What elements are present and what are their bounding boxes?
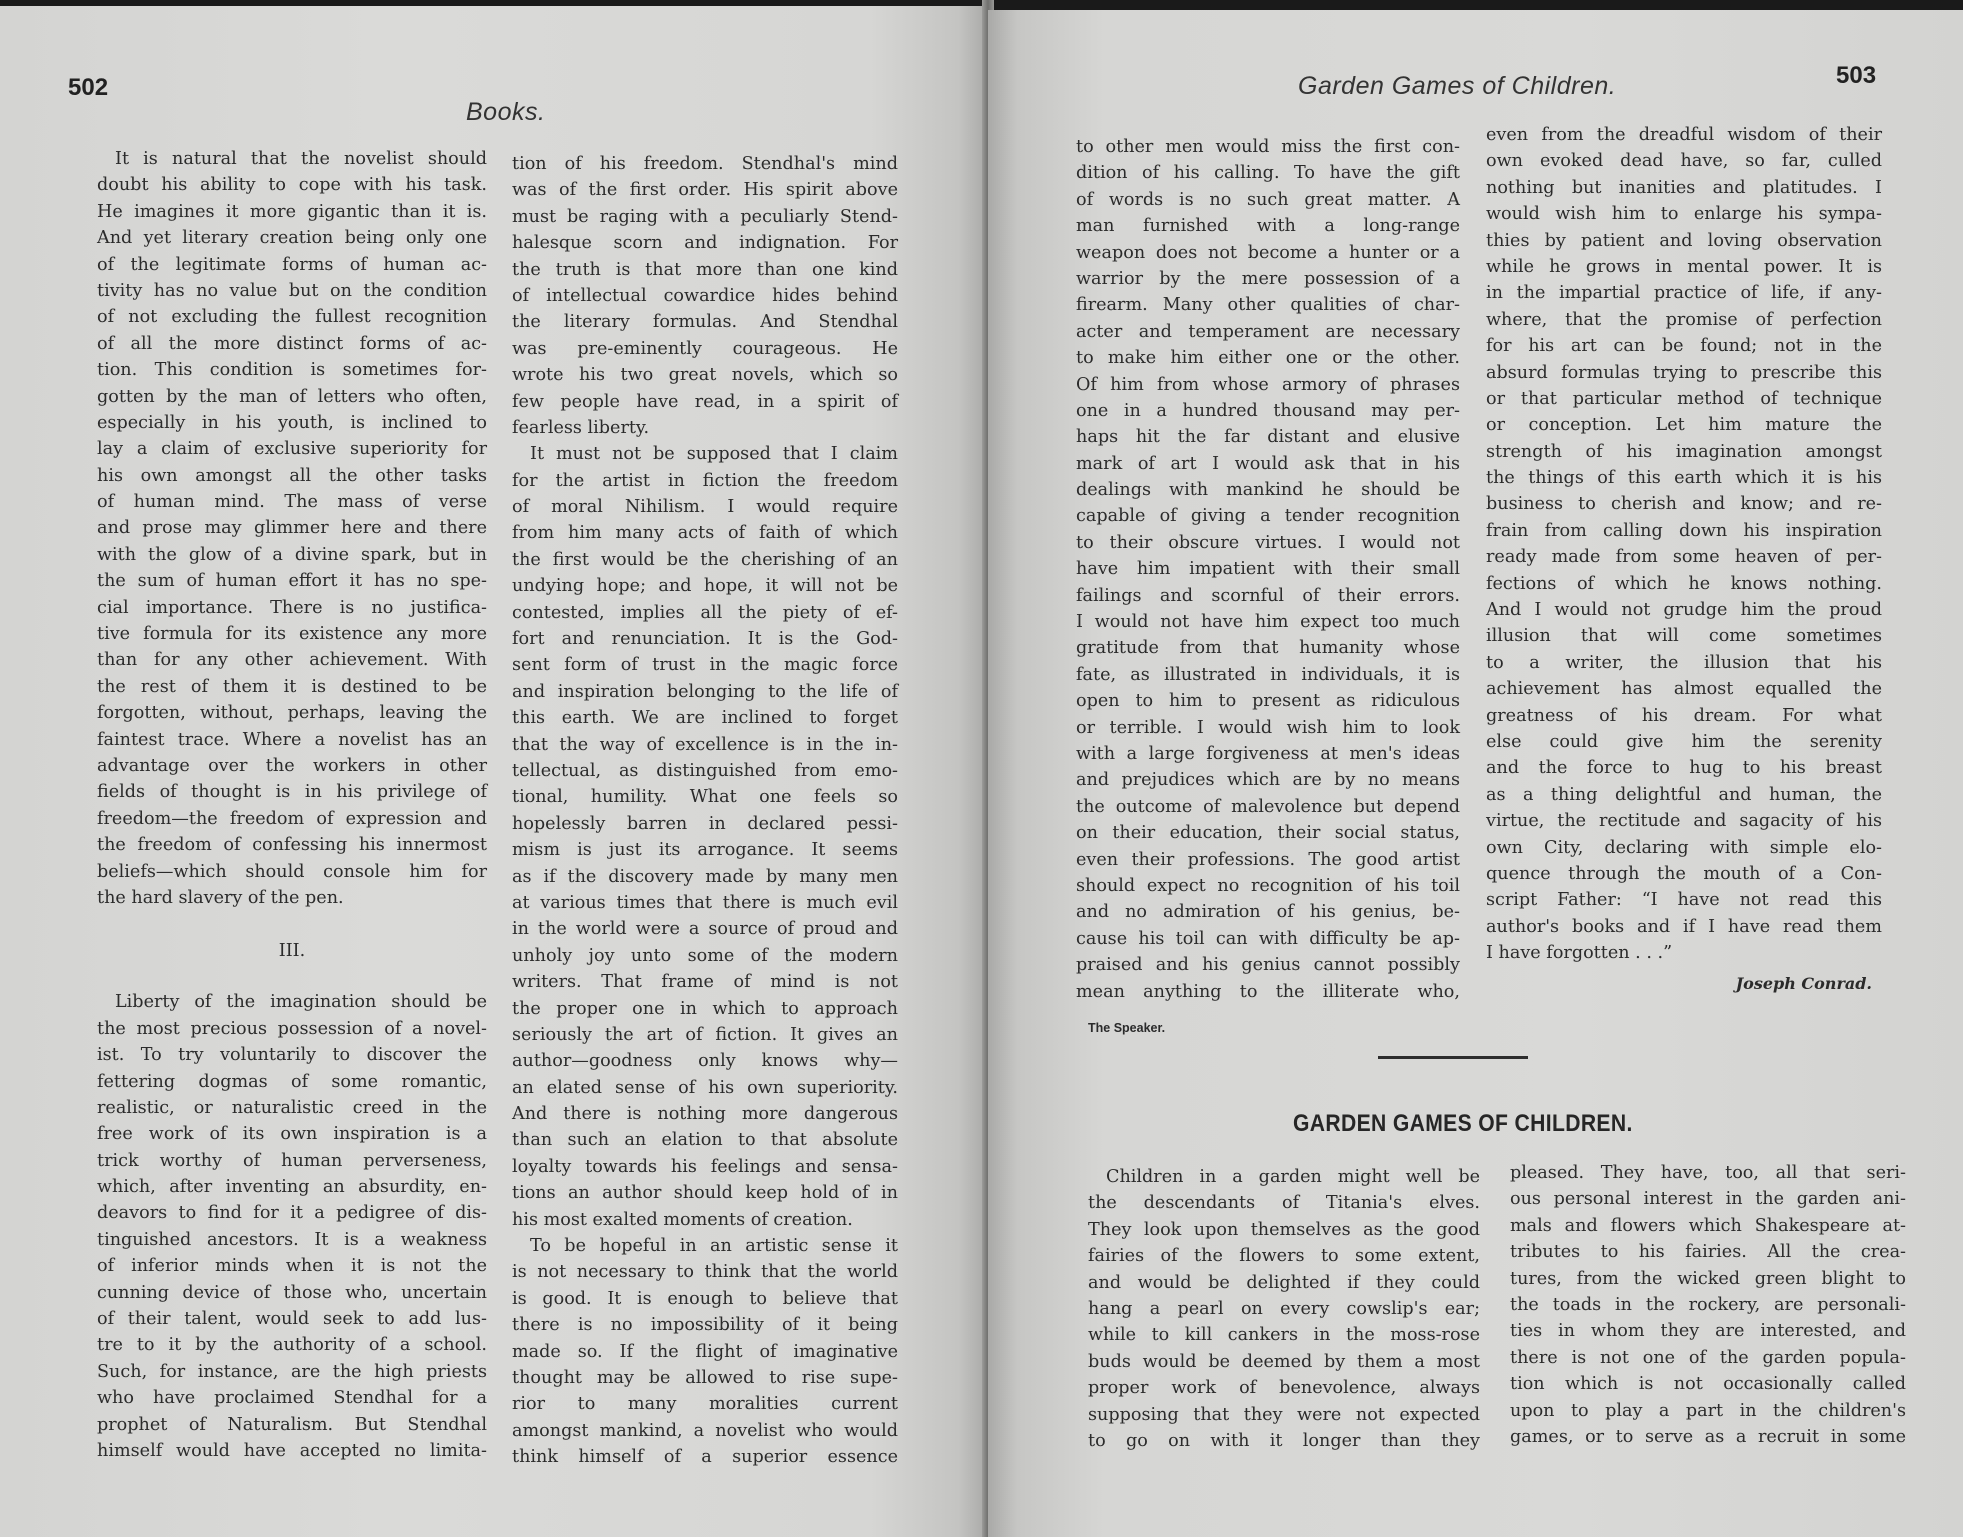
- text-line: the descendants of Titania's elves.: [1088, 1190, 1480, 1216]
- text-line: hopelessly barren in declared pessi-: [512, 811, 898, 837]
- text-line: fate, as illustrated in individuals, it …: [1076, 662, 1460, 688]
- text-line: business to cherish and know; and re-: [1486, 491, 1882, 517]
- text-line: at various times that there is much evil: [512, 890, 898, 916]
- text-line: mark of art I would ask that in his: [1076, 451, 1460, 477]
- text-line: fairies of the flowers to some extent,: [1088, 1243, 1480, 1269]
- text-line: tre to it by the authority of a school.: [97, 1332, 487, 1358]
- running-head: Books.: [466, 98, 545, 127]
- text-line: They look upon themselves as the good: [1088, 1217, 1480, 1243]
- text-line: tellectual, as distinguished from emo-: [512, 758, 898, 784]
- text-line: script Father: “I have not read this: [1486, 887, 1882, 913]
- text-line: unholy joy unto some of the modern: [512, 943, 898, 969]
- text-line: even their professions. The good artist: [1076, 847, 1460, 873]
- text-line: open to him to present as ridiculous: [1076, 688, 1460, 714]
- text-line: made so. If the flight of imaginative: [512, 1339, 898, 1365]
- right-page-column-1: to other men would miss the first con-di…: [1076, 134, 1460, 1041]
- text-line: than for any other achievement. With: [97, 647, 487, 673]
- text-line: writers. That frame of mind is not: [512, 969, 898, 995]
- text-line: haps hit the far distant and elusive: [1076, 424, 1460, 450]
- text-line: to make him either one or the other.: [1076, 345, 1460, 371]
- text-line: the sum of human effort it has no spe-: [97, 568, 487, 594]
- text-line: It must not be supposed that I claim: [512, 441, 898, 467]
- text-line: greatness of his dream. For what: [1486, 703, 1882, 729]
- text-line: fort and renunciation. It is the God-: [512, 626, 898, 652]
- text-line: upon to play a part in the children's: [1510, 1398, 1906, 1424]
- text-line: rior to many moralities current: [512, 1391, 898, 1417]
- text-line: is not necessary to think that the world: [512, 1259, 898, 1285]
- text-line: in the world were a source of proud and: [512, 916, 898, 942]
- text-line: that the way of excellence is in the in-: [512, 732, 898, 758]
- text-line: And yet literary creation being only one: [97, 225, 487, 251]
- article-divider: [1378, 1056, 1528, 1059]
- text-line: contested, implies all the piety of ef-: [512, 600, 898, 626]
- text-line: the most precious possession of a novel-: [97, 1016, 487, 1042]
- text-line: of the legitimate forms of human ac-: [97, 252, 487, 278]
- text-line: think himself of a superior essence: [512, 1444, 898, 1470]
- text-line: pleased. They have, too, all that seri-: [1510, 1160, 1906, 1186]
- text-line: weapon does not become a hunter or a: [1076, 240, 1460, 266]
- text-line: there is not one of the garden popula-: [1510, 1345, 1906, 1371]
- text-line: of inferior minds when it is not the: [97, 1253, 487, 1279]
- text-line: the freedom of confessing his innermost: [97, 832, 487, 858]
- running-head: Garden Games of Children.: [1298, 72, 1616, 101]
- text-line: fields of thought is in his privilege of: [97, 779, 487, 805]
- text-line: Liberty of the imagination should be: [97, 989, 487, 1015]
- text-line: tional, humility. What one feels so: [512, 784, 898, 810]
- text-line: praised and his genius cannot possibly: [1076, 952, 1460, 978]
- page-number: 503: [1836, 62, 1876, 90]
- article-column-2: pleased. They have, too, all that seri-o…: [1510, 1160, 1906, 1450]
- left-page-column-2: tion of his freedom. Stendhal's mindwas …: [512, 151, 898, 1471]
- text-line: and prose may glimmer here and there: [97, 515, 487, 541]
- text-line: And I would not grudge him the proud: [1486, 597, 1882, 623]
- text-line: of human mind. The mass of verse: [97, 489, 487, 515]
- paragraph: It is natural that the novelist shoulddo…: [97, 146, 487, 911]
- text-line: of moral Nihilism. I would require: [512, 494, 898, 520]
- text-line: even from the dreadful wisdom of their: [1486, 122, 1882, 148]
- text-line: to go on with it longer than they: [1088, 1428, 1480, 1454]
- text-line: especially in his youth, is inclined to: [97, 410, 487, 436]
- text-line: the toads in the rockery, are personali-: [1510, 1292, 1906, 1318]
- text-line: I have forgotten . . .”: [1486, 940, 1882, 966]
- text-line: one in a hundred thousand may per-: [1076, 398, 1460, 424]
- text-line: the hard slavery of the pen.: [97, 885, 487, 911]
- text-line: an elated sense of his own superiority.: [512, 1075, 898, 1101]
- left-page: 502 Books. It is natural that the noveli…: [0, 6, 988, 1537]
- text-line: and no admiration of his genius, be-: [1076, 899, 1460, 925]
- text-line: with a large forgiveness at men's ideas: [1076, 741, 1460, 767]
- text-line: doubt his ability to cope with his task.: [97, 172, 487, 198]
- text-line: fections of which he knows nothing.: [1486, 571, 1882, 597]
- text-line: thies by patient and loving observation: [1486, 228, 1882, 254]
- text-line: of their talent, would seek to add lus-: [97, 1306, 487, 1332]
- text-line: And there is nothing more dangerous: [512, 1101, 898, 1127]
- text-line: cial importance. There is no justifica-: [97, 595, 487, 621]
- right-page-column-2: even from the dreadful wisdom of theirow…: [1486, 122, 1882, 997]
- text-line: the proper one in which to approach: [512, 996, 898, 1022]
- text-line: as if the discovery made by many men: [512, 864, 898, 890]
- text-line: should expect no recognition of his toil: [1076, 873, 1460, 899]
- text-line: fettering dogmas of some romantic,: [97, 1069, 487, 1095]
- text-line: and prejudices which are by no means: [1076, 767, 1460, 793]
- text-line: his most exalted moments of creation.: [512, 1207, 898, 1233]
- text-line: mean anything to the illiterate who,: [1076, 979, 1460, 1005]
- text-line: forgotten, without, perhaps, leaving the: [97, 700, 487, 726]
- text-line: this earth. We are inclined to forget: [512, 705, 898, 731]
- text-line: tion of his freedom. Stendhal's mind: [512, 151, 898, 177]
- text-line: of words is no such great matter. A: [1076, 187, 1460, 213]
- text-line: have him impatient with their small: [1076, 556, 1460, 582]
- text-line: his own amongst all the other tasks: [97, 463, 487, 489]
- text-line: from him many acts of faith of which: [512, 520, 898, 546]
- text-line: the truth is that more than one kind: [512, 257, 898, 283]
- text-line: while he grows in mental power. It is: [1486, 254, 1882, 280]
- text-line: of all the more distinct forms of ac-: [97, 331, 487, 357]
- text-line: halesque scorn and indignation. For: [512, 230, 898, 256]
- text-line: dition of his calling. To have the gift: [1076, 160, 1460, 186]
- text-line: which, after inventing an absurdity, en-: [97, 1174, 487, 1200]
- text-line: mism is just its arrogance. It seems: [512, 837, 898, 863]
- text-line: loyalty towards his feelings and sensa-: [512, 1154, 898, 1180]
- text-line: tures, from the wicked green blight to: [1510, 1266, 1906, 1292]
- text-line: fearless liberty.: [512, 415, 898, 441]
- text-line: the rest of them it is destined to be: [97, 674, 487, 700]
- text-line: himself would have accepted no limita-: [97, 1438, 487, 1464]
- text-line: quence through the mouth of a Con-: [1486, 861, 1882, 887]
- article-column-1: Children in a garden might well bethe de…: [1088, 1164, 1480, 1454]
- text-line: is good. It is enough to believe that: [512, 1286, 898, 1312]
- paragraph: to other men would miss the first con-di…: [1076, 134, 1460, 1005]
- paragraph: Liberty of the imagination should bethe …: [97, 989, 487, 1464]
- text-line: To be hopeful in an artistic sense it: [512, 1233, 898, 1259]
- text-line: as a thing delightful and human, the: [1486, 782, 1882, 808]
- text-line: for his art can be found; not in the: [1486, 333, 1882, 359]
- text-line: the outcome of malevolence but depend: [1076, 794, 1460, 820]
- text-line: was of the first order. His spirit above: [512, 177, 898, 203]
- left-page-column-1: It is natural that the novelist shoulddo…: [97, 146, 487, 1464]
- text-line: advantage over the workers in other: [97, 753, 487, 779]
- text-line: the first would be the cherishing of an: [512, 547, 898, 573]
- text-line: was pre-eminently courageous. He: [512, 336, 898, 362]
- text-line: tion which is not occasionally called: [1510, 1371, 1906, 1397]
- text-line: on their education, their social status,: [1076, 820, 1460, 846]
- text-line: freedom—the freedom of expression and: [97, 806, 487, 832]
- text-line: wrote his two great novels, which so: [512, 362, 898, 388]
- book-spread: 502 Books. It is natural that the noveli…: [0, 0, 1963, 1537]
- text-line: for the artist in fiction the freedom: [512, 468, 898, 494]
- text-line: tions an author should keep hold of in: [512, 1180, 898, 1206]
- paragraph: even from the dreadful wisdom of theirow…: [1486, 122, 1882, 967]
- right-page: Garden Games of Children. 503 to other m…: [988, 10, 1963, 1537]
- text-line: own City, declaring with simple elo-: [1486, 835, 1882, 861]
- text-line: lay a claim of exclusive superiority for: [97, 436, 487, 462]
- text-line: capable of giving a tender recognition: [1076, 503, 1460, 529]
- paragraph: To be hopeful in an artistic sense itis …: [512, 1233, 898, 1471]
- author-signature: Joseph Conrad.: [1486, 971, 1882, 997]
- text-line: prophet of Naturalism. But Stendhal: [97, 1412, 487, 1438]
- text-line: than such an elation to that absolute: [512, 1127, 898, 1153]
- text-line: ties in whom they are interested, and: [1510, 1318, 1906, 1344]
- text-line: failings and scornful of their errors.: [1076, 583, 1460, 609]
- text-line: with the glow of a divine spark, but in: [97, 542, 487, 568]
- text-line: and the force to hug to his breast: [1486, 755, 1882, 781]
- text-line: He imagines it more gigantic than it is.: [97, 199, 487, 225]
- text-line: in the impartial practice of life, if an…: [1486, 280, 1882, 306]
- text-line: where, that the promise of perfection: [1486, 307, 1882, 333]
- text-line: buds would be deemed by them a most: [1088, 1349, 1480, 1375]
- text-line: games, or to serve as a recruit in some: [1510, 1424, 1906, 1450]
- text-line: deavors to find for it a pedigree of dis…: [97, 1200, 487, 1226]
- text-line: while to kill cankers in the moss-rose: [1088, 1322, 1480, 1348]
- text-line: nothing but inanities and platitudes. I: [1486, 175, 1882, 201]
- text-line: hang a pearl on every cowslip's ear;: [1088, 1296, 1480, 1322]
- text-line: few people have read, in a spirit of: [512, 389, 898, 415]
- text-line: faintest trace. Where a novelist has an: [97, 727, 487, 753]
- text-line: trick worthy of human perverseness,: [97, 1148, 487, 1174]
- text-line: ist. To try voluntarily to discover the: [97, 1042, 487, 1068]
- text-line: cause his toil can with difficulty be ap…: [1076, 926, 1460, 952]
- text-line: sent form of trust in the magic force: [512, 652, 898, 678]
- source-credit: The Speaker.: [1076, 1015, 1460, 1041]
- text-line: own evoked dead have, so far, culled: [1486, 148, 1882, 174]
- text-line: virtue, the rectitude and sagacity of hi…: [1486, 808, 1882, 834]
- text-line: proper work of benevolence, always: [1088, 1375, 1480, 1401]
- text-line: cunning device of those who, uncertain: [97, 1280, 487, 1306]
- text-line: tributes to his fairies. All the crea-: [1510, 1239, 1906, 1265]
- page-number: 502: [68, 74, 108, 102]
- text-line: of intellectual cowardice hides behind: [512, 283, 898, 309]
- text-line: the things of this earth which it is his: [1486, 465, 1882, 491]
- text-line: supposing that they were not expected: [1088, 1402, 1480, 1428]
- text-line: ready made from some heaven of per-: [1486, 544, 1882, 570]
- text-line: who have proclaimed Stendhal for a: [97, 1385, 487, 1411]
- text-line: author—goodness only knows why—: [512, 1048, 898, 1074]
- text-line: gotten by the man of letters who often,: [97, 384, 487, 410]
- text-line: beliefs—which should console him for: [97, 859, 487, 885]
- text-line: tive formula for its existence any more: [97, 621, 487, 647]
- text-line: Children in a garden might well be: [1088, 1164, 1480, 1190]
- text-line: firearm. Many other qualities of char-: [1076, 292, 1460, 318]
- text-line: and would be delighted if they could: [1088, 1270, 1480, 1296]
- text-line: warrior by the mere possession of a: [1076, 266, 1460, 292]
- text-line: It is natural that the novelist should: [97, 146, 487, 172]
- text-line: else could give him the serenity: [1486, 729, 1882, 755]
- paragraph: Children in a garden might well bethe de…: [1088, 1164, 1480, 1454]
- text-line: to their obscure virtues. I would not: [1076, 530, 1460, 556]
- text-line: dealings with mankind he should be: [1076, 477, 1460, 503]
- text-line: ous personal interest in the garden ani-: [1510, 1186, 1906, 1212]
- text-line: frain from calling down his inspiration: [1486, 518, 1882, 544]
- text-line: there is no impossibility of it being: [512, 1312, 898, 1338]
- text-line: of not excluding the fullest recognition: [97, 304, 487, 330]
- text-line: mals and flowers which Shakespeare at-: [1510, 1213, 1906, 1239]
- text-line: man furnished with a long-range: [1076, 213, 1460, 239]
- paragraph: pleased. They have, too, all that seri-o…: [1510, 1160, 1906, 1450]
- text-line: illusion that will come sometimes: [1486, 623, 1882, 649]
- text-line: to other men would miss the first con-: [1076, 134, 1460, 160]
- text-line: tivity has no value but on the condition: [97, 278, 487, 304]
- text-line: tinguished ancestors. It is a weakness: [97, 1227, 487, 1253]
- text-line: Of him from whose armory of phrases: [1076, 372, 1460, 398]
- text-line: must be raging with a peculiarly Stend-: [512, 204, 898, 230]
- text-line: realistic, or naturalistic creed in the: [97, 1095, 487, 1121]
- article-title: GARDEN GAMES OF CHILDREN.: [1293, 1110, 1633, 1138]
- text-line: the literary formulas. And Stendhal: [512, 309, 898, 335]
- text-line: would wish him to enlarge his sympa-: [1486, 201, 1882, 227]
- text-line: to a writer, the illusion that his: [1486, 650, 1882, 676]
- text-line: author's books and if I have read them: [1486, 914, 1882, 940]
- text-line: or conception. Let him mature the: [1486, 412, 1882, 438]
- text-line: acter and temperament are necessary: [1076, 319, 1460, 345]
- text-line: and inspiration belonging to the life of: [512, 679, 898, 705]
- text-line: or that particular method of technique: [1486, 386, 1882, 412]
- text-line: or terrible. I would wish him to look: [1076, 715, 1460, 741]
- paragraph: tion of his freedom. Stendhal's mindwas …: [512, 151, 898, 441]
- section-heading: III.: [97, 925, 487, 977]
- text-line: thought may be allowed to rise supe-: [512, 1365, 898, 1391]
- text-line: achievement has almost equalled the: [1486, 676, 1882, 702]
- text-line: absurd formulas trying to prescribe this: [1486, 360, 1882, 386]
- text-line: I would not have him expect too much: [1076, 609, 1460, 635]
- paragraph: It must not be supposed that I claimfor …: [512, 441, 898, 1233]
- text-line: strength of his imagination amongst: [1486, 439, 1882, 465]
- text-line: undying hope; and hope, it will not be: [512, 573, 898, 599]
- text-line: Such, for instance, are the high priests: [97, 1359, 487, 1385]
- text-line: amongst mankind, a novelist who would: [512, 1418, 898, 1444]
- text-line: free work of its own inspiration is a: [97, 1121, 487, 1147]
- text-line: tion. This condition is sometimes for-: [97, 357, 487, 383]
- text-line: gratitude from that humanity whose: [1076, 635, 1460, 661]
- text-line: seriously the art of fiction. It gives a…: [512, 1022, 898, 1048]
